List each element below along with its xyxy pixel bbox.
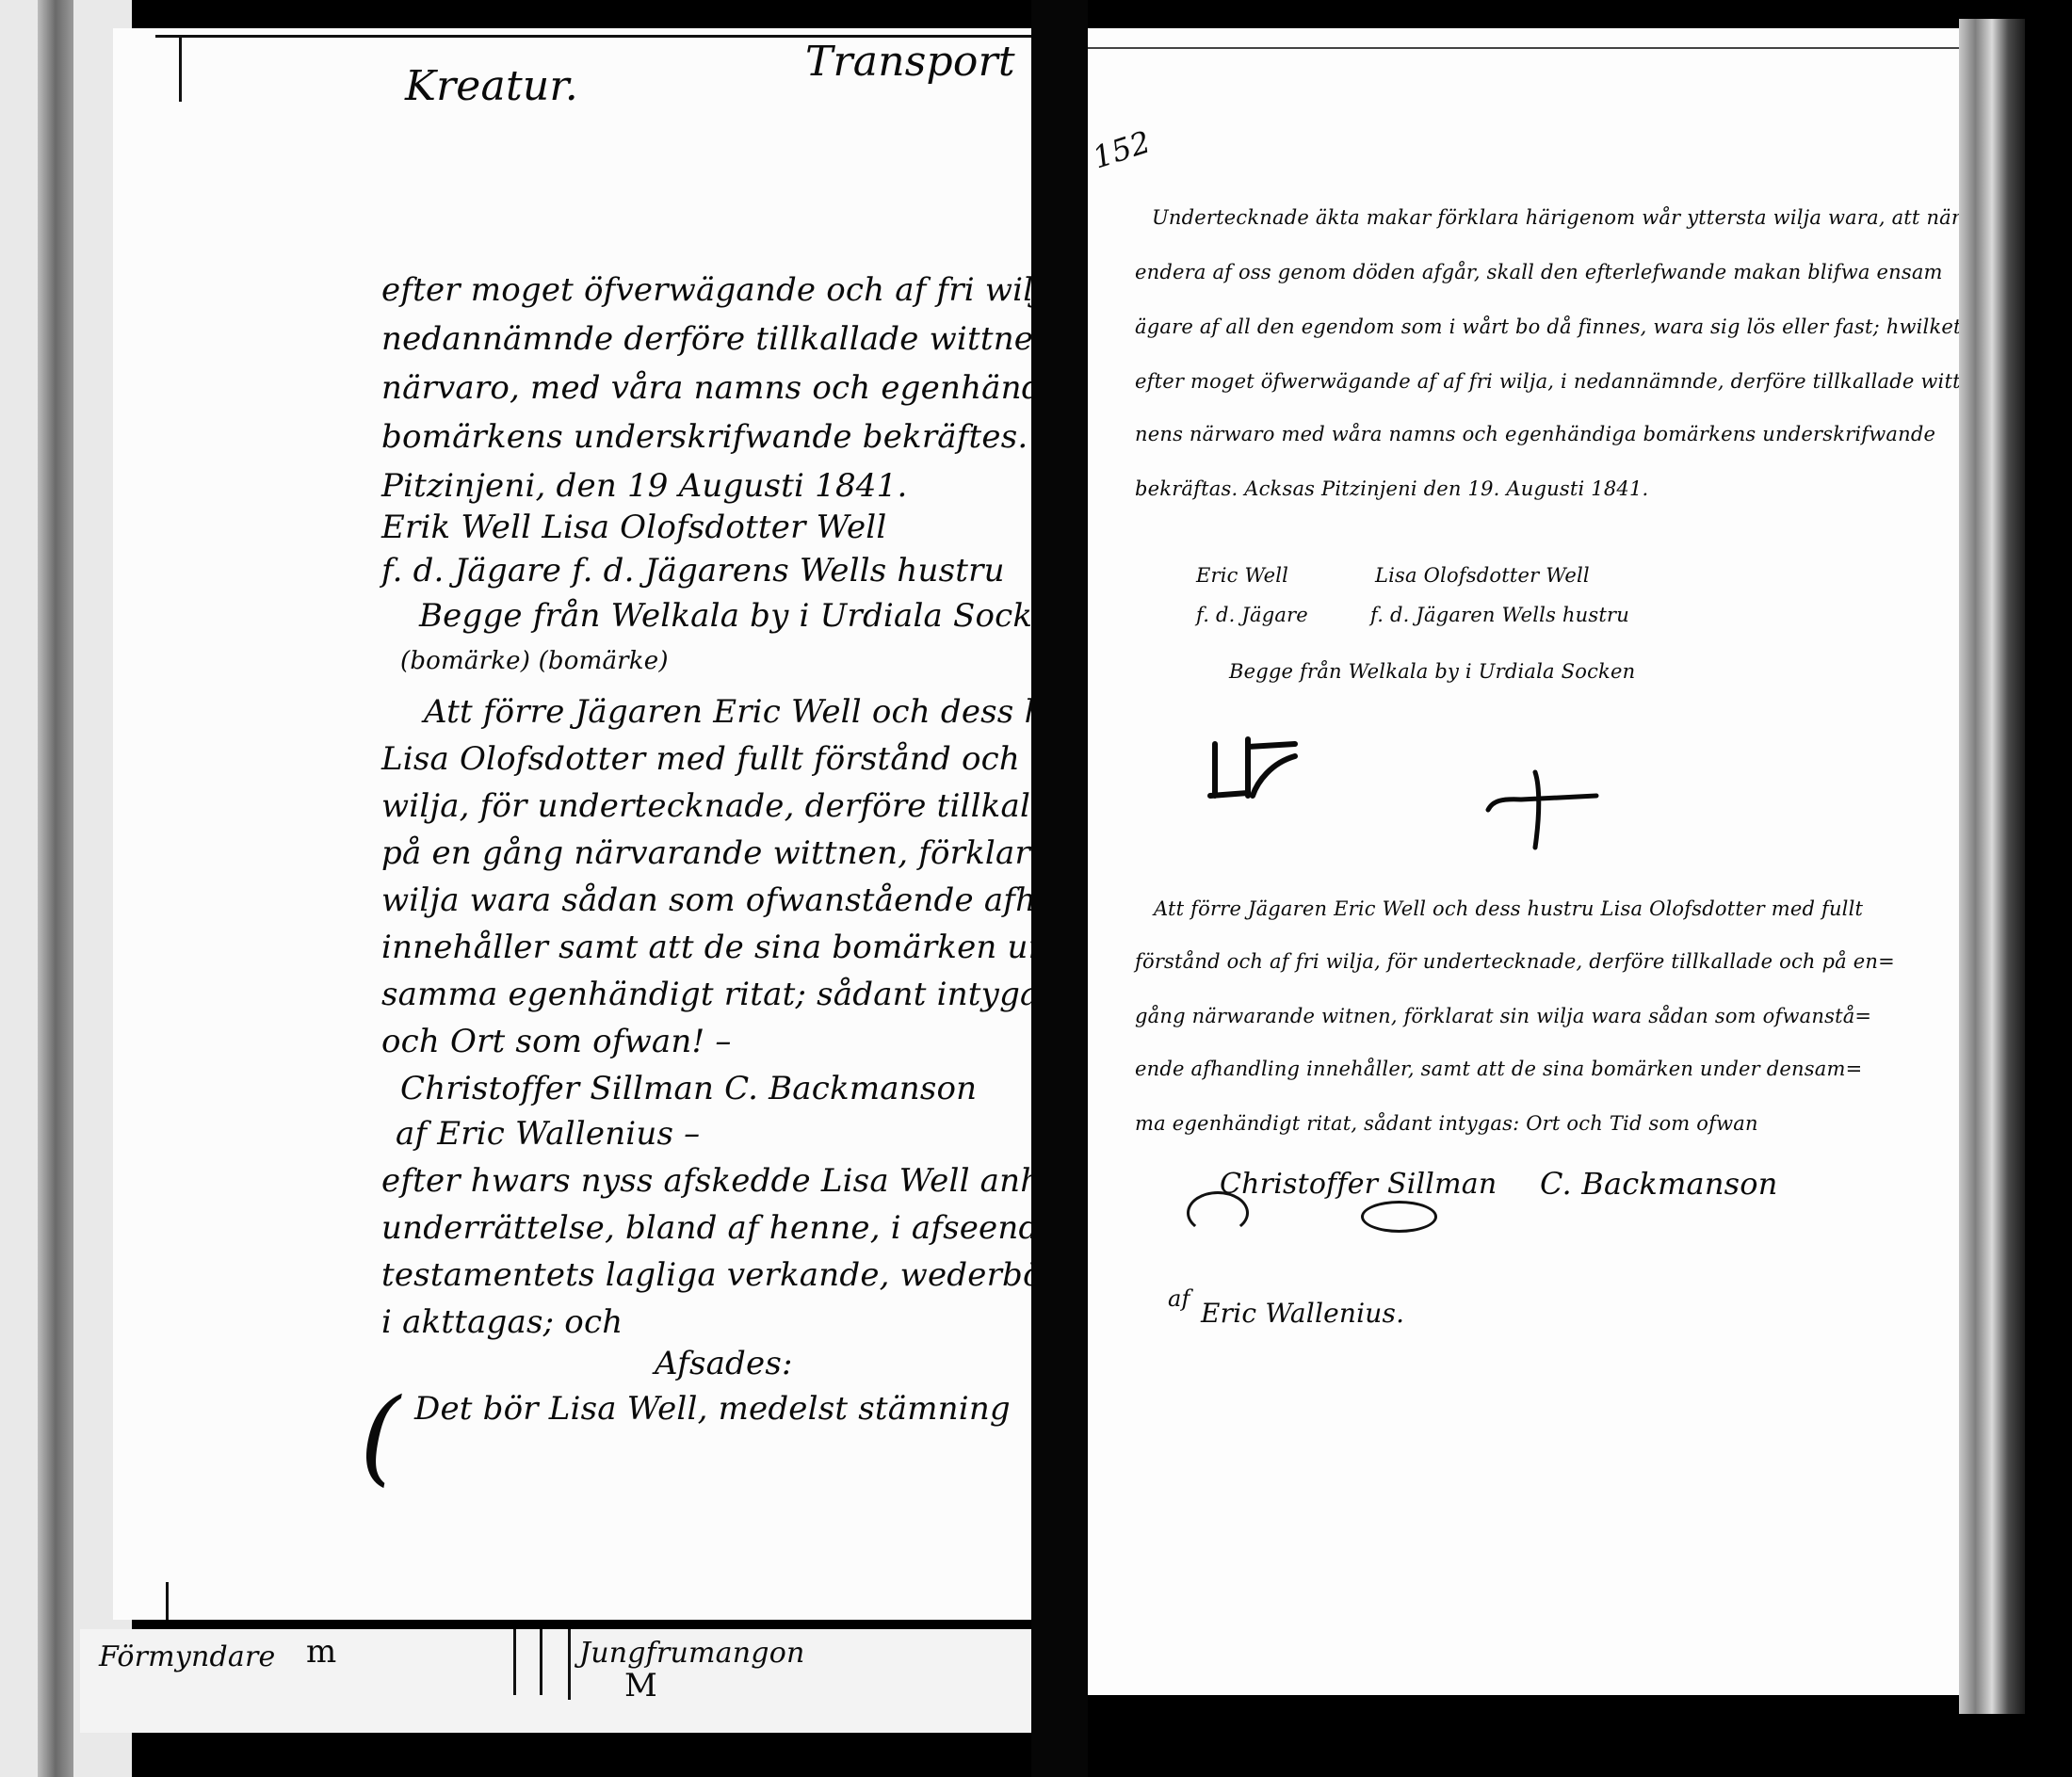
text-line: innehåller samt att de sina bomärken und… [381, 929, 1031, 966]
text-line: Undertecknade äkta makar förklara härige… [1152, 205, 1959, 230]
text-line: ma egenhändigt ritat, sådant intygas: Or… [1135, 1111, 1758, 1136]
text-line: Att förre Jägaren Eric Well och dess hus… [1154, 897, 1863, 921]
residence-line: Begge från Welkala by i Urdiala Socken [1229, 659, 1635, 684]
left-page-footer: Förmyndare m Jungfrumangon M [80, 1629, 1041, 1733]
text-line: efter moget öfverwägande och af fri wilj… [381, 271, 1031, 309]
column-rule [568, 1629, 571, 1700]
wife-name: Lisa Olofsdotter Well [1375, 563, 1590, 588]
left-margin-strip [0, 0, 132, 1777]
text-line: endera af oss genom döden afgår, skall d… [1135, 260, 1943, 284]
top-rule [1088, 47, 1959, 49]
signature-flourish [1187, 1191, 1249, 1235]
bracket-flourish: ( [360, 1384, 400, 1488]
bomarke-line: (bomärke) (bomärke) [400, 642, 669, 680]
residence-line: Begge från Welkala by i Urdiala Socken [419, 597, 1031, 635]
witness-signatures: Christoffer Sillman C. Backmanson [400, 1070, 977, 1107]
text-line: Att förre Jägaren Eric Well och dess hus… [424, 693, 1031, 731]
signature-flourish [1361, 1201, 1437, 1233]
witness-2-signature: C. Backmanson [1540, 1166, 1778, 1202]
footer-name: Jungfrumangon [579, 1637, 804, 1670]
text-line: nens närwaro med wåra namns och egenhänd… [1135, 422, 1935, 446]
footer-mark-M: M [624, 1667, 657, 1704]
column-rule [540, 1629, 542, 1695]
text-line: bomärkens underskrifwande bekräftes. Ack… [381, 418, 1031, 456]
text-line: i akttagas; och [381, 1303, 623, 1341]
text-line: underrättelse, bland af henne, i afseend… [381, 1209, 1031, 1247]
footer-mark-m: m [306, 1633, 336, 1671]
binding-shadow [38, 0, 73, 1777]
left-page: Kreatur. Transport efter moget öfverwäga… [113, 28, 1031, 1620]
date-line: Pitzinjeni, den 19 Augusti 1841. [381, 467, 907, 505]
text-line: Lisa Olofsdotter med fullt förstånd och … [381, 740, 1031, 778]
text-line: Det bör Lisa Well, medelst stämning [414, 1390, 1011, 1428]
witness-1-signature: Christoffer Sillman [1220, 1168, 1497, 1201]
text-line: efter hwars nyss afskedde Lisa Well anhå… [381, 1162, 1031, 1200]
text-line: nedannämnde derföre tillkallade wittnens [381, 320, 1031, 358]
husband-bomarke-mark-icon [1206, 730, 1319, 805]
folio-number: 152 [1089, 123, 1155, 175]
column-rule [179, 36, 182, 102]
column-rule [166, 1582, 169, 1620]
text-line: på en gång närvarande wittnen, förklarat [381, 834, 1031, 872]
afsades-heading: Afsades: [655, 1345, 793, 1382]
text-line: wilja wara sådan som ofwanstående afhand… [381, 881, 1031, 919]
title-line: f. d. Jägare f. d. Jägarens Wells hustru [381, 552, 1005, 590]
text-line: ägare af all den egendom som i wårt bo d… [1135, 315, 1959, 339]
copyist-prefix: af [1168, 1285, 1190, 1312]
signature-line: Erik Well Lisa Olofsdotter Well [381, 509, 886, 546]
text-line: wilja, för undertecknade, derföre tillka… [381, 787, 1031, 825]
text-line: och Ort som ofwan! – [381, 1023, 732, 1060]
wife-bomarke-cross-icon [1483, 767, 1606, 852]
husband-name: Eric Well [1196, 563, 1288, 588]
header-transport: Transport [805, 38, 1015, 86]
text-line: gång närwarande witnen, förklarat sin wi… [1135, 1004, 1871, 1028]
copyist-signature: Eric Wallenius. [1201, 1298, 1404, 1329]
footer-formyndare: Förmyndare [99, 1640, 275, 1673]
text-line: närvaro, med våra namns och egenhändiga [381, 369, 1031, 407]
husband-title: f. d. Jägare [1196, 603, 1308, 627]
text-line: ende afhandling innehåller, samt att de … [1135, 1057, 1862, 1081]
text-line: efter moget öfwerwägande af af fri wilja… [1135, 369, 1959, 394]
copyist-line: af Eric Wallenius – [396, 1115, 700, 1153]
wife-title: f. d. Jägaren Wells hustru [1370, 603, 1629, 627]
text-line: samma egenhändigt ritat; sådant intygar [381, 976, 1031, 1013]
column-rule [513, 1629, 516, 1695]
text-line: förstånd och af fri wilja, för underteck… [1135, 949, 1895, 974]
text-line: testamentets lagliga verkande, wederbörl… [381, 1256, 1031, 1294]
page-stack-edge [1959, 19, 2025, 1714]
book-gutter [1031, 0, 1088, 1777]
date-line: bekräftas. Acksas Pitzinjeni den 19. Aug… [1135, 477, 1648, 501]
header-kreatur: Kreatur. [405, 62, 578, 110]
right-page: 152 Undertecknade äkta makar förklara hä… [1088, 28, 1959, 1695]
